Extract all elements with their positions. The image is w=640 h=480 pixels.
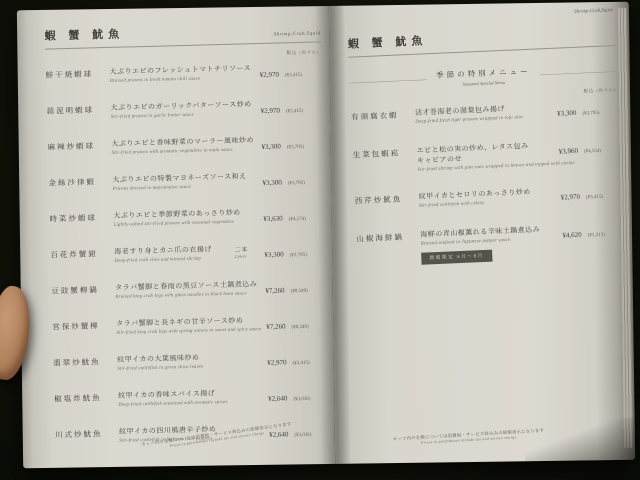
dish-description-jp: タラバ蟹脚と長ネギの甘辛ソース炒め <box>116 316 236 329</box>
dish-name-chinese: 生菜包蝦崧 <box>352 146 412 161</box>
dish-description-en: Stir-fried king crab legs with spring on… <box>116 328 236 336</box>
left-page-header: 蝦 蟹 魷魚 Shrimp,Crab,Squid <box>44 20 320 43</box>
incl-tax-service-label: (税サ込) <box>596 87 616 93</box>
dish-description-jp: 大ぶりエビのガーリックバターソース炒め <box>110 100 230 113</box>
dish-price: ¥2,970 (¥3,415) <box>259 61 321 82</box>
dish-description: エビと松の実の炒め、レタス包み キャビアのせ Stir-fried shrimp… <box>412 140 559 173</box>
dish-name-chinese: 蒜泥明蝦球 <box>46 103 106 117</box>
price-incl-tax-service: (¥4,554) <box>584 149 601 155</box>
dish-quantity-en: 2 piece <box>234 253 264 259</box>
dish-name-chinese: 鮮干焼蝦球 <box>45 67 105 81</box>
price-incl-tax-service: (¥3,795) <box>288 181 305 186</box>
dish-price: ¥4,620 (¥5,313) <box>562 221 625 243</box>
left-page-title-en: Shrimp,Crab,Squid <box>274 31 321 37</box>
dish-name-chinese: 西芹炒魷魚 <box>354 192 414 207</box>
dish-quantity <box>233 207 263 209</box>
menu-item: 翡翠炒魷魚 紋甲イカの大葉風味炒め Stir-fried cuttlefish … <box>53 349 329 375</box>
price-incl-tax: ¥3,960 <box>559 147 579 156</box>
left-price-column-header: 税込 (税サ込) <box>45 49 319 62</box>
price-incl-tax-service: (¥3,415) <box>286 109 303 114</box>
dish-description-en: Stir-fried prawns in garlic butter sauce <box>111 112 231 120</box>
dish-name-chinese: 宮保炒蟹柳 <box>52 319 112 333</box>
dish-description: 大ぶりエビと香味野菜のマーラー風味炒め Stir-fried prawns wi… <box>107 136 231 156</box>
dish-quantity <box>238 387 268 389</box>
left-page-content: 蝦 蟹 魷魚 Shrimp,Crab,Squid 税込 (税サ込) 鮮干焼蝦球 … <box>44 20 331 464</box>
dish-quantity <box>237 351 267 353</box>
menu-item: 椒塩炸魷魚 紋甲イカの香味スパイス揚げ Deep-fried cuttlefis… <box>54 385 330 411</box>
seasonal-section-titles: 季節の特別メニュー Seasonal Special Menu <box>426 65 541 88</box>
menu-item: 豆豉蟹柳鍋 タラバ蟹脚と春雨の黒豆ソース土鍋煮込み Braised king c… <box>51 277 327 303</box>
price-incl-tax: ¥3,300 <box>557 109 577 118</box>
left-header-rule <box>45 41 321 49</box>
dish-description: 紋甲イカの香味スパイス揚げ Deep-fried cuttlefish seas… <box>114 388 238 408</box>
price-incl-tax-service: (¥3,795) <box>290 253 307 258</box>
dish-description-jp: 紋甲イカの香味スパイス揚げ <box>118 388 238 401</box>
dish-description-jp: 大ぶりエビのフレッシュトマトチリソース <box>109 64 229 77</box>
dish-description: 大ぶりエビの特製マヨネーズソース和え Prawns dressed in may… <box>108 172 232 192</box>
menu-item: 生菜包蝦崧 エビと松の実の炒め、レタス包み キャビアのせ Stir-fried … <box>352 137 621 176</box>
dish-description-jp: タラバ蟹脚と春雨の黒豆ソース土鍋煮込み <box>115 280 235 293</box>
dish-quantity <box>236 315 266 317</box>
price-incl-tax-service: (¥3,036) <box>294 433 311 438</box>
menu-item: 有頭腐衣蝦 活才巻海老の湯葉包み揚げ Deep-fried fresh tige… <box>351 99 620 130</box>
dish-description-jp: 紋甲イカの大葉風味炒め <box>117 352 237 365</box>
seasonal-section-header: 季節の特別メニュー Seasonal Special Menu <box>349 62 618 92</box>
dish-description: 大ぶりエビと季節野菜のあっさり炒め Lightly-salted stir-fr… <box>109 208 233 228</box>
dish-description: 紋甲イカとセロリのあっさり炒め Stir-fried cuttlefish wi… <box>414 186 561 209</box>
dish-description: 紋甲イカの大葉風味炒め Stir-fried cuttlefish in gre… <box>113 352 237 372</box>
dish-name-chinese: 有頭腐衣蝦 <box>351 108 411 123</box>
page-corner-shade <box>525 418 636 462</box>
dish-price: ¥2,970 (¥3,415) <box>260 97 322 118</box>
price-incl-tax-service: (¥8,349) <box>292 325 309 330</box>
dish-description: タラバ蟹脚と長ネギの甘辛ソース炒め Stir-fried king crab l… <box>112 316 236 336</box>
right-page-title-en: Shrimp,Crab,Squid <box>574 8 613 15</box>
dish-description: 海老すり身とカニ爪の衣揚げ Deep-fried crab claw and m… <box>110 244 234 264</box>
dish-description-en: Braised king crab legs with glass noodle… <box>115 292 235 300</box>
price-incl-tax: ¥3,630 <box>263 214 282 223</box>
dish-price: ¥3,300 (¥3,795) <box>261 133 323 154</box>
dish-name-chinese: 麻辣炒蝦球 <box>47 139 107 153</box>
menu-item: 西芹炒魷魚 紋甲イカとセロリのあっさり炒め Stir-fried cuttlef… <box>354 183 623 214</box>
dish-description-jp: 大ぶりエビと香味野菜のマーラー風味炒め <box>111 136 231 149</box>
dish-name-chinese: 豆豉蟹柳鍋 <box>51 283 111 297</box>
price-incl-tax-service: (¥4,174) <box>289 217 306 222</box>
price-incl-tax: ¥3,300 <box>264 250 283 259</box>
dish-description: 大ぶりエビのガーリックバターソース炒め Stir-fried prawns in… <box>106 100 230 120</box>
dish-description: 活才巻海老の湯葉包み揚げ Deep-fried fresh tiger praw… <box>411 102 558 125</box>
price-incl-tax: ¥3,300 <box>262 142 281 151</box>
dish-price: ¥3,630 (¥4,174) <box>263 205 325 226</box>
price-incl-tax: ¥2,970 <box>261 106 280 115</box>
book-spine-shadow <box>315 6 351 464</box>
dish-price: ¥3,300 (¥3,795) <box>262 169 324 190</box>
menu-item: 百花炸蟹鉗 海老すり身とカニ爪の衣揚げ Deep-fried crab claw… <box>50 241 326 267</box>
menu-item: 金絲沙律蝦 大ぶりエビの特製マヨネーズソース和え Prawns dressed … <box>48 169 324 195</box>
price-incl-tax-service: (¥3,795) <box>287 145 304 150</box>
price-incl-tax: ¥2,970 <box>561 193 581 202</box>
dish-description-en: Deep-fried crab claw and minced shrimp <box>114 256 234 264</box>
dish-description-en: Stir-fried cuttlefish in green shiso lea… <box>117 364 237 372</box>
price-incl-tax: ¥2,970 <box>260 70 279 79</box>
menu-item: 麻辣炒蝦球 大ぶりエビと香味野菜のマーラー風味炒め Stir-fried pra… <box>47 133 323 159</box>
dish-description-en: Lightly-salted stir-fried prawns with se… <box>114 220 234 228</box>
right-menu-items: 有頭腐衣蝦 活才巻海老の湯葉包み揚げ Deep-fried fresh tige… <box>351 99 626 268</box>
right-page: Shrimp,Crab,Squid 蝦 蟹 魷魚 季節の特別メニュー Seaso… <box>329 2 635 464</box>
price-incl-tax: ¥2,640 <box>268 394 287 403</box>
dish-description-en: Prawns dressed in mayonnaise sauce <box>113 184 233 192</box>
menu-item: 時菜炒蝦球 大ぶりエビと季節野菜のあっさり炒め Lightly-salted s… <box>49 205 325 231</box>
right-page-content: Shrimp,Crab,Squid 蝦 蟹 魷魚 季節の特別メニュー Seaso… <box>348 24 627 286</box>
price-incl-tax-service: (¥3,036) <box>293 397 310 402</box>
menu-item: 宮保炒蟹柳 タラバ蟹脚と長ネギの甘辛ソース炒め Stir-fried king … <box>52 313 328 339</box>
left-menu-items: 鮮干焼蝦球 大ぶりエビのフレッシュトマトチリソース Braised prawns… <box>45 61 331 447</box>
dish-name-chinese: 金絲沙律蝦 <box>48 175 108 189</box>
left-page: 蝦 蟹 魷魚 Shrimp,Crab,Squid 税込 (税サ込) 鮮干焼蝦球 … <box>17 6 335 468</box>
price-incl-tax-service: (¥3,415) <box>586 195 603 201</box>
dish-name-chinese: 山椒海鮮鍋 <box>356 230 416 245</box>
dish-price: ¥3,300 (¥3,795) <box>557 99 620 121</box>
dish-description-en: Deep-fried cuttlefish seasoned with arom… <box>118 400 238 408</box>
dish-description-jp: 海老すり身とカニ爪の衣揚げ <box>114 244 234 257</box>
dish-name-chinese: 百花炸蟹鉗 <box>50 247 110 261</box>
left-page-title: 蝦 蟹 魷魚 <box>44 26 124 44</box>
dish-description-en: Stir-fried prawns with aromatic vegetabl… <box>112 148 232 156</box>
right-page-title: 蝦 蟹 魷魚 <box>348 32 428 51</box>
price-incl-tax: ¥7,260 <box>266 322 285 331</box>
dish-name-chinese: 翡翠炒魷魚 <box>53 355 113 369</box>
dish-price: ¥2,970 (¥3,415) <box>560 183 623 205</box>
dish-description-jp: 大ぶりエビと季節野菜のあっさり炒め <box>113 208 233 221</box>
limited-period-badge: 期間限定 6月〜8月 <box>421 249 492 264</box>
price-incl-tax: ¥4,620 <box>562 231 582 240</box>
dish-description: 海鮮の青山椒薫れる辛味土鍋煮込み Braised seafood in Japa… <box>416 224 563 265</box>
dish-quantity <box>232 171 262 173</box>
dish-description-en: Braised prawns in fresh tomato chili sau… <box>110 76 230 84</box>
price-incl-tax-service: (¥8,349) <box>291 289 308 294</box>
incl-tax-label: 税込 <box>583 88 594 93</box>
dish-description: 大ぶりエビのフレッシュトマトチリソース Braised prawns in fr… <box>105 64 229 84</box>
dish-description: タラバ蟹脚と春雨の黒豆ソース土鍋煮込み Braised king crab le… <box>111 280 235 300</box>
menu-photo: 蝦 蟹 魷魚 Shrimp,Crab,Squid 税込 (税サ込) 鮮干焼蝦球 … <box>0 0 640 480</box>
menu-book: 蝦 蟹 魷魚 Shrimp,Crab,Squid 税込 (税サ込) 鮮干焼蝦球 … <box>17 2 635 469</box>
price-incl-tax-service: (¥5,313) <box>588 233 605 239</box>
dish-name-chinese: 川式炒魷魚 <box>55 427 115 441</box>
dish-description-jp: 大ぶりエビの特製マヨネーズソース和え <box>112 172 232 185</box>
incl-tax-label: 税込 <box>286 50 297 55</box>
menu-item: 鮮干焼蝦球 大ぶりエビのフレッシュトマトチリソース Braised prawns… <box>45 61 321 87</box>
dish-price: ¥3,960 (¥4,554) <box>558 137 621 159</box>
dish-name-chinese: 時菜炒蝦球 <box>49 211 109 225</box>
menu-item: 蒜泥明蝦球 大ぶりエビのガーリックバターソース炒め Stir-fried pra… <box>46 97 322 123</box>
price-incl-tax-service: (¥3,415) <box>292 361 309 366</box>
price-incl-tax: ¥7,260 <box>265 286 284 295</box>
price-incl-tax-service: (¥3,415) <box>285 73 302 78</box>
price-incl-tax-service: (¥3,795) <box>582 111 599 117</box>
dish-quantity: 二本 2 piece <box>234 243 264 259</box>
dish-name-chinese: 椒塩炸魷魚 <box>54 391 114 405</box>
menu-item: 山椒海鮮鍋 海鮮の青山椒薫れる辛味土鍋煮込み Braised seafood i… <box>356 221 625 268</box>
right-page-footnote: カッコ内の金額については消費税・サービス料込みの総額表示となります Prices… <box>393 428 545 447</box>
price-incl-tax: ¥2,970 <box>267 358 286 367</box>
price-incl-tax: ¥3,300 <box>262 178 281 187</box>
